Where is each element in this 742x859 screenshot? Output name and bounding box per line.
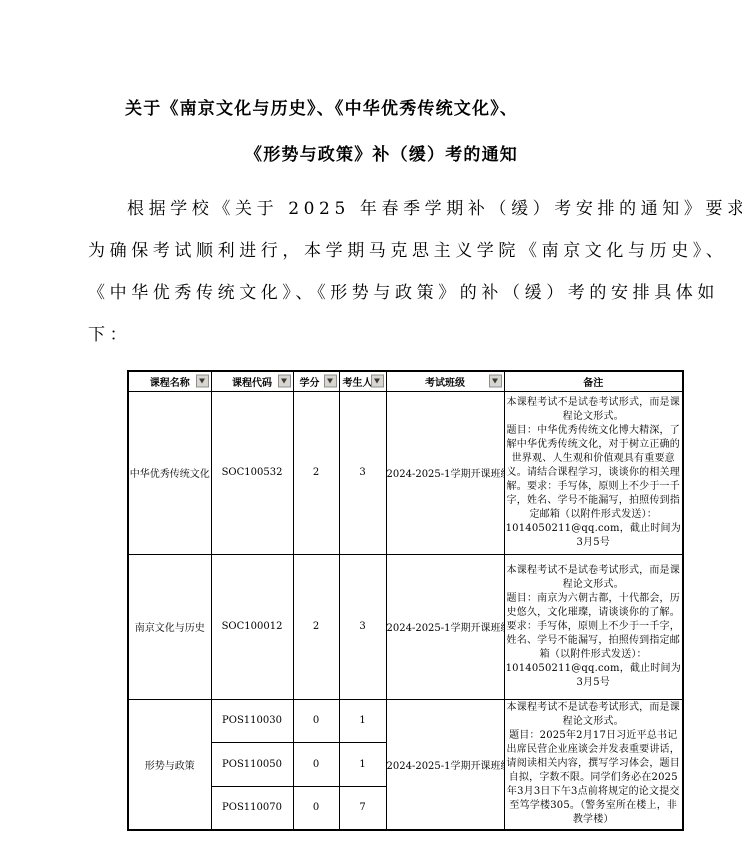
remark-cell: 本课程考试不是试卷考试形式，而是课程论文形式。 题目：中华优秀传统文化博大精深，… bbox=[504, 391, 683, 554]
header-exam-class: 考试班级 bbox=[386, 371, 504, 391]
triangle-down-icon bbox=[199, 379, 205, 384]
course-code-cell: POS110050 bbox=[211, 742, 293, 786]
examinees-cell: 1 bbox=[339, 742, 386, 786]
remark-paragraph: 题目：中华优秀传统文化博大精深，了解中华优秀传统文化，对于树立正确的世界观、人生… bbox=[505, 424, 683, 550]
body-paragraph-line: 根据学校《关于 2025 年春季学期补（缓）考安排的通知》要求， bbox=[127, 194, 742, 219]
header-exam-class-label: 考试班级 bbox=[425, 378, 465, 389]
body-paragraph-line: 为确保考试顺利进行，本学期马克思主义学院《南京文化与历史》、 bbox=[88, 236, 728, 261]
remark-paragraph: 题目：南京为六朝古都，十代都会，历史悠久，文化璀璨，请谈谈你的了解。要求：手写体… bbox=[505, 592, 683, 690]
table-row: 形势与政策 POS110030 0 1 2024-2025-1学期开课班级 本课… bbox=[128, 699, 683, 742]
credit-cell: 2 bbox=[293, 391, 339, 554]
remark-paragraph: 本课程考试不是试卷考试形式，而是课程论文形式。 bbox=[505, 564, 683, 592]
header-examinees-label: 考生人 bbox=[343, 378, 373, 389]
course-name-cell: 南京文化与历史 bbox=[128, 554, 211, 699]
exam-class-cell: 2024-2025-1学期开课班级 bbox=[386, 699, 504, 830]
triangle-down-icon bbox=[374, 379, 380, 384]
notice-document-page: 关于《南京文化与历史》、《中华优秀传统文化》、 《形势与政策》补（缓）考的通知 … bbox=[0, 0, 742, 859]
filter-dropdown-icon[interactable] bbox=[489, 375, 502, 388]
triangle-down-icon bbox=[281, 379, 287, 384]
header-course-code: 课程代码 bbox=[211, 371, 293, 391]
body-paragraph-line: 《中华优秀传统文化》、《形势与政策》的补（缓）考的安排具体如 bbox=[88, 278, 719, 303]
triangle-down-icon bbox=[492, 379, 498, 384]
header-credit-label: 学分 bbox=[300, 378, 320, 389]
remark-paragraph: 题目：2025年2月17日习近平总书记出席民营企业座谈会并发表重要讲话，请阅读相… bbox=[505, 729, 683, 827]
remark-paragraph: 本课程考试不是试卷考试形式，而是课程论文形式。 bbox=[505, 396, 683, 424]
course-code-cell: POS110030 bbox=[211, 699, 293, 742]
filter-dropdown-icon[interactable] bbox=[196, 375, 209, 388]
remark-cell: 本课程考试不是试卷考试形式，而是课程论文形式。 题目：2025年2月17日习近平… bbox=[504, 699, 683, 830]
header-remark: 备注 bbox=[504, 371, 683, 391]
course-code-cell: SOC100532 bbox=[211, 391, 293, 554]
table-row: 南京文化与历史 SOC100012 2 3 2024-2025-1学期开课班级 … bbox=[128, 554, 683, 699]
course-code-cell: POS110070 bbox=[211, 786, 293, 830]
examinees-cell: 1 bbox=[339, 699, 386, 742]
credit-cell: 0 bbox=[293, 786, 339, 830]
document-title-line1: 关于《南京文化与历史》、《中华优秀传统文化》、 bbox=[125, 94, 518, 119]
header-course-name: 课程名称 bbox=[128, 371, 211, 391]
filter-dropdown-icon[interactable] bbox=[324, 375, 337, 388]
course-name-cell: 形势与政策 bbox=[128, 699, 211, 830]
table-row: 中华优秀传统文化 SOC100532 2 3 2024-2025-1学期开课班级… bbox=[128, 391, 683, 554]
body-paragraph-line: 下： bbox=[88, 320, 131, 345]
remark-cell: 本课程考试不是试卷考试形式，而是课程论文形式。 题目：南京为六朝古都，十代都会，… bbox=[504, 554, 683, 699]
credit-cell: 0 bbox=[293, 699, 339, 742]
header-remark-label: 备注 bbox=[583, 378, 603, 389]
table-header-row: 课程名称 课程代码 学分 考生人 考试班级 bbox=[128, 371, 683, 391]
exam-class-cell: 2024-2025-1学期开课班级 bbox=[386, 554, 504, 699]
exam-class-cell: 2024-2025-1学期开课班级 bbox=[386, 391, 504, 554]
course-code-cell: SOC100012 bbox=[211, 554, 293, 699]
header-course-code-label: 课程代码 bbox=[232, 378, 272, 389]
filter-dropdown-icon[interactable] bbox=[371, 375, 384, 388]
filter-dropdown-icon[interactable] bbox=[278, 375, 291, 388]
exam-schedule-table: 课程名称 课程代码 学分 考生人 考试班级 bbox=[127, 370, 684, 831]
triangle-down-icon bbox=[327, 379, 333, 384]
examinees-cell: 3 bbox=[339, 391, 386, 554]
document-title-line2: 《形势与政策》补（缓）考的通知 bbox=[245, 140, 518, 165]
header-examinees: 考生人 bbox=[339, 371, 386, 391]
credit-cell: 2 bbox=[293, 554, 339, 699]
course-name-cell: 中华优秀传统文化 bbox=[128, 391, 211, 554]
examinees-cell: 7 bbox=[339, 786, 386, 830]
header-course-name-label: 课程名称 bbox=[150, 378, 190, 389]
remark-paragraph: 本课程考试不是试卷考试形式，而是课程论文形式。 bbox=[505, 701, 683, 729]
header-credit: 学分 bbox=[293, 371, 339, 391]
credit-cell: 0 bbox=[293, 742, 339, 786]
examinees-cell: 3 bbox=[339, 554, 386, 699]
